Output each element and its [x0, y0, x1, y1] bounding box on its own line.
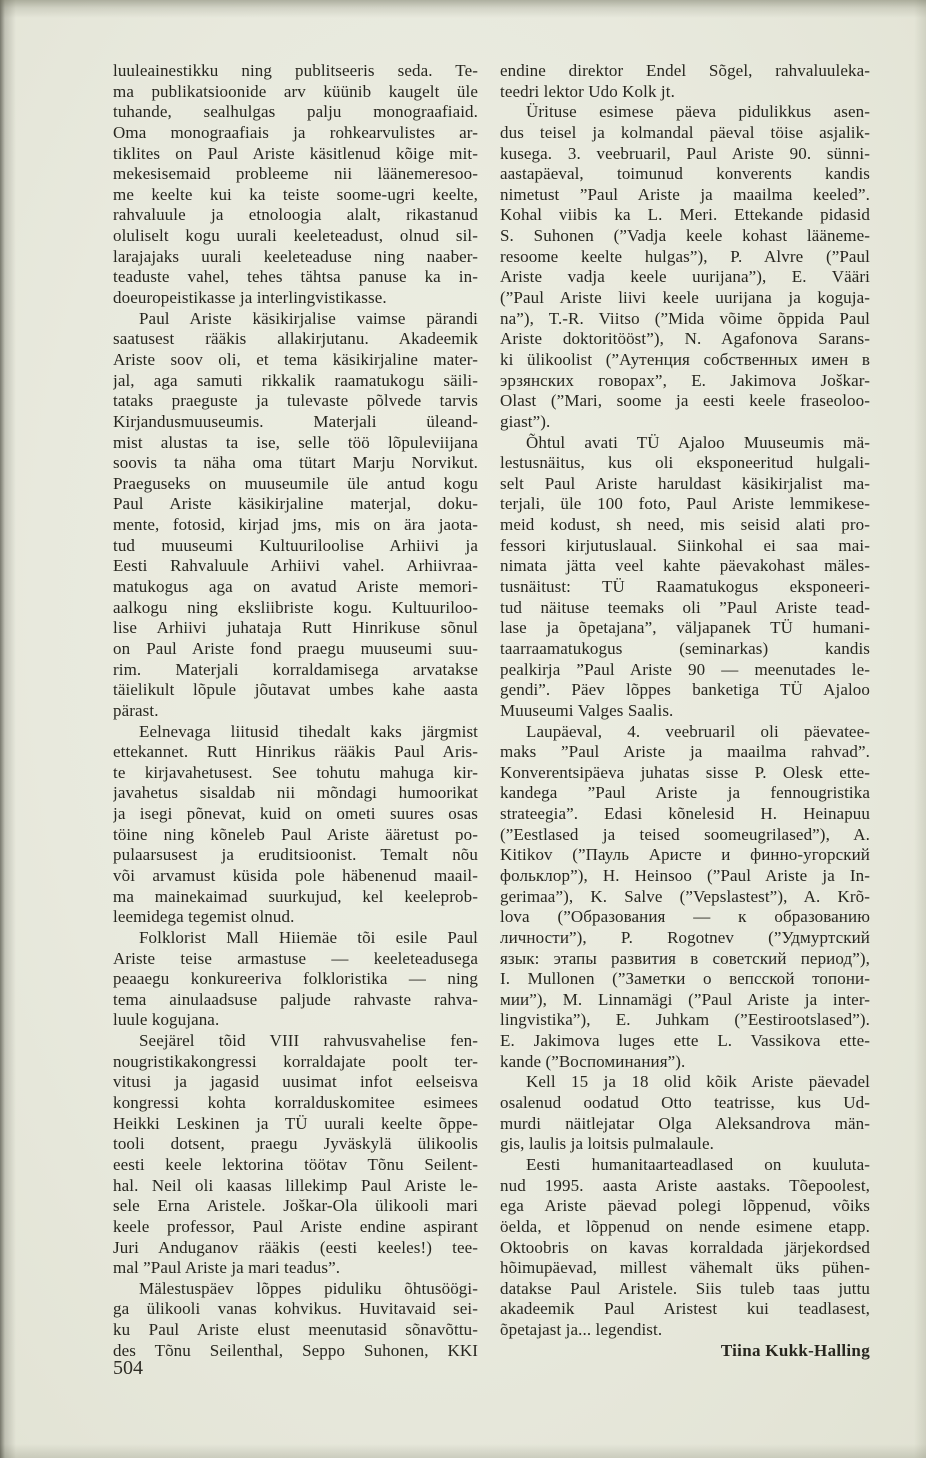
text-line: murdi näitlejatar Olga Aleksandrova män- — [500, 1114, 870, 1135]
text-line: gis, laulis ja loitsis pulmalaule. — [500, 1134, 870, 1155]
text-line: Muuseumi Valges Saalis. — [500, 701, 870, 722]
text-line: teedri lektor Udo Kolk jt. — [500, 82, 870, 103]
text-line: või arvamust küsida pole häbenenud maail… — [113, 866, 478, 887]
text-line: oluliselt kogu uurali keeleteadust, olnu… — [113, 226, 478, 247]
text-line: Õhtul avati TÜ Ajaloo Muuseumis mä- — [500, 433, 870, 454]
text-line: tud näituse teemaks oli ”Paul Ariste tea… — [500, 598, 870, 619]
text-line: ku Paul Ariste elust meenutasid sõnavõtt… — [113, 1320, 478, 1341]
right-text-column: endine direktor Endel Sõgel, rahvaluulek… — [500, 61, 870, 1361]
text-line: ga ülikooli vanas kohvikus. Huvitavaid s… — [113, 1299, 478, 1320]
text-line: gerimaa”), K. Salve (”Vepslastest”), A. … — [500, 887, 870, 908]
text-line: matukogus aga on avatud Ariste memori- — [113, 577, 478, 598]
text-line: dus teisel ja kolmandal päeval töise asj… — [500, 123, 870, 144]
text-line: na”), T.-R. Viitso (”Mida võime õppida P… — [500, 309, 870, 330]
text-line: Paul Ariste käsikirjaline materjal, doku… — [113, 494, 478, 515]
text-line: te kirjavahetusest. See tohutu mahuga ki… — [113, 763, 478, 784]
text-line: nimata jätta veel kahte päevakohast mäle… — [500, 556, 870, 577]
text-line: jal, aga samuti rikkalik raamatukogu säi… — [113, 371, 478, 392]
text-line: личности”), P. Rogotnev (”Удмуртский — [500, 928, 870, 949]
text-line: keele professor, Paul Ariste endine aspi… — [113, 1217, 478, 1238]
text-line: leemidega tegemist olnud. — [113, 907, 478, 928]
text-line: Paul Ariste käsikirjalise vaimse pärandi — [113, 309, 478, 330]
text-line: pulaarsusest ja eruditsioonist. Temalt n… — [113, 845, 478, 866]
text-line: Seejärel tõid VIII rahvusvahelise fen- — [113, 1031, 478, 1052]
text-line: E. Jakimova luges ette L. Vassikova ette… — [500, 1031, 870, 1052]
text-line: nimetust ”Paul Ariste ja maailma keeled”… — [500, 185, 870, 206]
text-line: kandega ”Paul Ariste ja fennougristika — [500, 783, 870, 804]
text-line: kusega. 3. veebruaril, Paul Ariste 90. s… — [500, 144, 870, 165]
text-line: taarraamatukogus (seminarkas) kandis — [500, 639, 870, 660]
text-line: rahvaluule ja etnoloogia alalt, rikastan… — [113, 205, 478, 226]
text-line: hõimupäevad, millest vähemalt üks pühen- — [500, 1258, 870, 1279]
text-line: aastapäeval, toimunud konverents kandis — [500, 164, 870, 185]
text-line: akadeemik Paul Aristest kui teadlasest, — [500, 1299, 870, 1320]
text-line: selt Paul Ariste haruldast käsikirjalist… — [500, 474, 870, 495]
text-line: Kell 15 ja 18 olid kõik Ariste päevadel — [500, 1072, 870, 1093]
text-line: luuleainestikku ning publitseeris seda. … — [113, 61, 478, 82]
text-line: rim. Materjali korraldamisega arvatakse — [113, 660, 478, 681]
text-line: мии”), M. Linnamägi (”Paul Ariste ja int… — [500, 990, 870, 1011]
text-line: vitusi ja jagasid uusimat infot eelseisv… — [113, 1072, 478, 1093]
text-line: Olast (”Mari, soome ja eesti keele frase… — [500, 391, 870, 412]
text-line: mal ”Paul Ariste ja mari teadus”. — [113, 1258, 478, 1279]
text-line: (”Eestlased ja teised soomeugrilased”), … — [500, 825, 870, 846]
text-line: doeuropeistikasse ja interlingvistikasse… — [113, 288, 478, 309]
byline: Tiina Kukk-Halling — [500, 1341, 870, 1362]
text-line: fessori kirjutuslaual. Siinkohal ei saa … — [500, 536, 870, 557]
text-line: ma publikatsioonide arv küünib kaugelt ü… — [113, 82, 478, 103]
text-line: Juri Anduganov rääkis (eesti keeles!) te… — [113, 1238, 478, 1259]
text-line: Kitikov (”Пауль Аристе и финно-угорский — [500, 845, 870, 866]
text-line: Eelnevaga liitusid tihedalt kaks järgmis… — [113, 722, 478, 743]
text-line: Konverentsipäeva juhatas sisse P. Olesk … — [500, 763, 870, 784]
text-line: datakse Paul Aristele. Siis tuleb taas j… — [500, 1279, 870, 1300]
text-line: aalkogu ning eksliibriste kogu. Kultuuri… — [113, 598, 478, 619]
text-line: resoome keelte hulgas”), P. Alvre (”Paul — [500, 247, 870, 268]
text-line: saatusest rääkis allakirjutanu. Akadeemi… — [113, 329, 478, 350]
text-line: tooli dotsent, praegu Jyväskylä ülikooli… — [113, 1134, 478, 1155]
text-line: tud muuseumi Kultuuriloolise Arhiivi ja — [113, 536, 478, 557]
text-line: lingvistika”), E. Juhkam (”Eestirootslas… — [500, 1010, 870, 1031]
text-line: meid kodust, sh need, mis seisid alati p… — [500, 515, 870, 536]
text-line: maks ”Paul Ariste ja maailma rahvad”. — [500, 742, 870, 763]
left-text-column: luuleainestikku ning publitseeris seda. … — [113, 61, 478, 1361]
text-line: tataks praeguste ja tulevaste põlvede ta… — [113, 391, 478, 412]
text-line: S. Suhonen (”Vadja keele kohast lääneme- — [500, 226, 870, 247]
text-line: Praeguseks on muuseumile üle antud kogu — [113, 474, 478, 495]
text-line: gendi”. Päev lõppes banketiga TÜ Ajaloo — [500, 680, 870, 701]
text-line: strateegia”. Edasi kõnelesid H. Heinapuu — [500, 804, 870, 825]
text-line: Mälestuspäev lõppes piduliku õhtusöögi- — [113, 1279, 478, 1300]
text-line: teaduste vahel, tehes tähtsa panuse ka i… — [113, 267, 478, 288]
text-line: me keelte kui ka teiste soome-ugri keelt… — [113, 185, 478, 206]
text-line: фольклор”), H. Heinsoo (”Paul Ariste ja … — [500, 866, 870, 887]
text-line: mekesisemaid probleeme nii läänemeresoo- — [113, 164, 478, 185]
text-line: endine direktor Endel Sõgel, rahvaluulek… — [500, 61, 870, 82]
text-line: lase ja õpetajana”, väljapanek TÜ humani… — [500, 618, 870, 639]
text-line: ettekannet. Rutt Hinrikus rääkis Paul Ar… — [113, 742, 478, 763]
text-line: эрзянских говорах”, E. Jakimova Joškar- — [500, 371, 870, 392]
text-line: ki ülikoolist (”Аутенция собственных име… — [500, 350, 870, 371]
text-line: nougristikakongressi korraldajate poolt … — [113, 1052, 478, 1073]
text-line: pärast. — [113, 701, 478, 722]
text-line: luule kogujana. — [113, 1010, 478, 1031]
text-line: tusnäitust: TÜ Raamatukogus eksponeeri- — [500, 577, 870, 598]
text-line: Ürituse esimese päeva pidulikkus asen- — [500, 102, 870, 123]
text-line: õpetajast ja... legendist. — [500, 1320, 870, 1341]
text-line: Folklorist Mall Hiiemäe tõi esile Paul — [113, 928, 478, 949]
text-line: eesti keele lektorina töötav Tõnu Seilen… — [113, 1155, 478, 1176]
scanned-page: { "page": { "number": "504", "columns": … — [0, 0, 926, 1458]
page-number: 504 — [113, 1356, 143, 1380]
text-line: tuhande, sealhulgas palju monograafiaid. — [113, 102, 478, 123]
text-line: lova (”Образования — к образованию — [500, 907, 870, 928]
text-line: Oktoobris on kavas korraldada järjekords… — [500, 1238, 870, 1259]
text-line: Heikki Leskinen ja TÜ uurali keelte õppe… — [113, 1114, 478, 1135]
text-line: terjali, üle 100 foto, Paul Ariste lemmi… — [500, 494, 870, 515]
text-line: öelda, et lõppenud on nende esimene etap… — [500, 1217, 870, 1238]
text-line: Ariste vadja keele uurijana”), E. Vääri — [500, 267, 870, 288]
text-line: peaaegu konkureeriva folkloristika — nin… — [113, 969, 478, 990]
text-line: des Tõnu Seilenthal, Seppo Suhonen, KKI — [113, 1341, 478, 1362]
text-line: Oma monograafiais ja rohkearvulistes ar- — [113, 123, 478, 144]
text-line: sele Erna Aristele. Joškar-Ola ülikooli … — [113, 1196, 478, 1217]
text-line: Laupäeval, 4. veebruaril oli päevatee- — [500, 722, 870, 743]
text-line: larajajaks uurali keeleteaduse ning naab… — [113, 247, 478, 268]
text-line: (”Paul Ariste liivi keele uurijana ja ko… — [500, 288, 870, 309]
text-line: Ariste teise armastuse — keeleteadusega — [113, 949, 478, 970]
text-line: I. Mullonen (”Заметки о вепсской топони- — [500, 969, 870, 990]
text-line: Eesti Rahvaluule Arhiivi vahel. Arhiivra… — [113, 556, 478, 577]
text-line: lestusnäitus, kus oli eksponeeritud hulg… — [500, 453, 870, 474]
text-line: osalenud oodatud Otto teatrisse, kus Ud- — [500, 1093, 870, 1114]
text-line: Kohal viibis ka L. Meri. Ettekande pidas… — [500, 205, 870, 226]
text-line: giast”). — [500, 412, 870, 433]
text-line: язык: этапы развития в советский период”… — [500, 949, 870, 970]
text-line: töine ning kõneleb Paul Ariste ääretust … — [113, 825, 478, 846]
text-line: ja isegi põnevat, kuid on ometi suures o… — [113, 804, 478, 825]
text-line: ega Ariste päevad polegi lõppenud, võiks — [500, 1196, 870, 1217]
text-line: nud 1995. aasta Ariste aastaks. Tõepoole… — [500, 1176, 870, 1197]
text-line: kande (”Воспоминания”). — [500, 1052, 870, 1073]
text-line: tiklites on Paul Ariste käsitlenud kõige… — [113, 144, 478, 165]
text-line: ma mainekaimad suurkujud, kel keeleprob- — [113, 887, 478, 908]
text-line: hal. Neil oli kaasas lillekimp Paul Aris… — [113, 1176, 478, 1197]
text-line: soovis ta näha oma tütart Marju Norvikut… — [113, 453, 478, 474]
text-line: lise Arhiivi juhataja Rutt Hinrikuse sõn… — [113, 618, 478, 639]
text-line: Ariste doktoritööst”), N. Agafonova Sara… — [500, 329, 870, 350]
text-line: Eesti humanitaarteadlased on kuuluta- — [500, 1155, 870, 1176]
text-line: mente, fotosid, kirjad jms, mis on ära j… — [113, 515, 478, 536]
text-line: on Paul Ariste fond praegu muuseumi suu- — [113, 639, 478, 660]
text-line: tema ainulaadsuse paljude rahvaste rahva… — [113, 990, 478, 1011]
text-line: kongressi kohta korralduskomitee esimees — [113, 1093, 478, 1114]
text-line: Kirjandusmuuseumis. Materjali üleand- — [113, 412, 478, 433]
text-line: pealkirja ”Paul Ariste 90 — meenutades l… — [500, 660, 870, 681]
text-line: Ariste soov oli, et tema käsikirjaline m… — [113, 350, 478, 371]
text-line: täielikult lõpule jõutavat umbes kahe aa… — [113, 680, 478, 701]
text-line: javahetus sisaldab nii mõndagi humoorika… — [113, 783, 478, 804]
text-line: mist alustas ta ise, selle töö lõpulevii… — [113, 433, 478, 454]
